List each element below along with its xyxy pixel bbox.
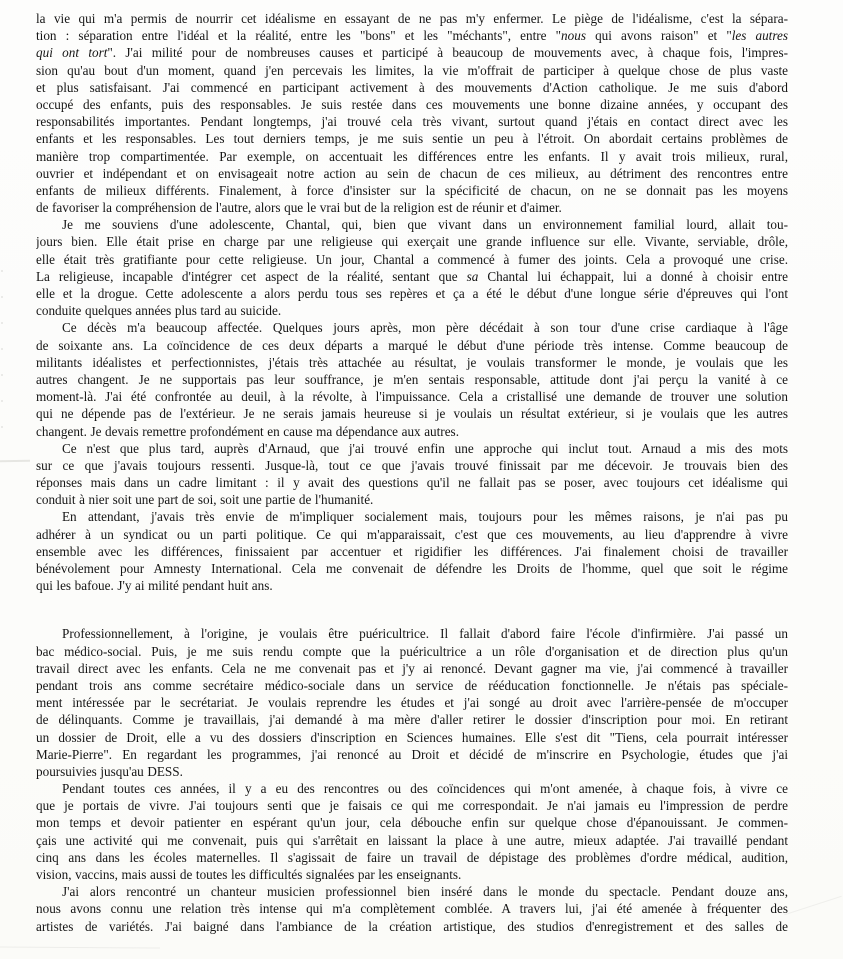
text-line: adhérer à un syndicat ou un parti politi… — [36, 526, 788, 543]
scan-crease-artifact — [0, 460, 30, 463]
scan-edge-speckle-artifact — [1, 270, 3, 440]
text-line: ensemble avec les différences, finissaie… — [36, 543, 788, 560]
text-run: moment-là. J'ai été confrontée au deuil,… — [36, 389, 788, 404]
text-run: qui ne dépende pas de l'extérieur. Je ne… — [36, 406, 788, 421]
italic-text-run: nous — [561, 28, 586, 43]
text-line: de favoriser la compréhension de l'autre… — [36, 199, 788, 216]
text-run: Marie-Pierre". En regardant les programm… — [36, 747, 788, 762]
text-line: occupé des enfants, puis des responsable… — [36, 96, 788, 113]
text-line: vision, vaccins, mais aussi de toutes le… — [36, 866, 788, 883]
text-line: qui ont tort". J'ai milité pour de nombr… — [36, 44, 788, 61]
text-line: bénévolement pour Amnesty International.… — [36, 560, 788, 577]
text-line: responsabilités importantes. Pendant lon… — [36, 113, 788, 130]
text-run: sion qu'au bout d'un moment, quand j'en … — [36, 63, 788, 78]
text-run: bac médico-social. Puis, je me suis rend… — [36, 644, 788, 659]
text-line: Ce n'est que plus tard, auprès d'Arnaud,… — [36, 440, 788, 457]
text-line: de délinquants. Comme je travaillais, j'… — [36, 711, 788, 728]
text-run: adhérer à un syndicat ou un parti politi… — [36, 527, 788, 542]
text-line: Professionnellement, à l'origine, je vou… — [36, 625, 788, 642]
text-run: vision, vaccins, mais aussi de toutes le… — [36, 867, 461, 882]
text-run: et plus satisfaisant. J'ai commencé en p… — [36, 80, 788, 95]
text-line: pendant trois ans comme secrétaire médic… — [36, 677, 788, 694]
text-run: militants idéalistes et perfectionnistes… — [36, 355, 788, 370]
text-run: de délinquants. Comme je travaillais, j'… — [36, 712, 788, 727]
text-line: un dossier de Droit, elle a vu des dossi… — [36, 729, 788, 746]
text-run: la vie qui m'a permis de nourrir cet idé… — [36, 11, 788, 26]
text-line: réponses mais dans un cadre limitant : i… — [36, 474, 788, 491]
text-run: Chantal lui échappait, lui a donné à cho… — [478, 269, 788, 284]
scan-crease-artifact — [0, 946, 160, 948]
text-line: sion qu'au bout d'un moment, quand j'en … — [36, 62, 788, 79]
text-line: jours bien. Elle était prise en charge p… — [36, 233, 788, 250]
text-line: changent. Je devais remettre profondémen… — [36, 423, 788, 440]
text-run: çais une activité qui me convenait, puis… — [36, 833, 788, 848]
text-line: ouvrier et indépendant et on envisageait… — [36, 165, 788, 182]
text-line: travail direct avec les enfants. Cela ne… — [36, 660, 788, 677]
text-run: de favoriser la compréhension de l'autre… — [36, 200, 562, 215]
italic-text-run: les autres — [732, 28, 788, 43]
text-line: qui ne dépende pas de l'extérieur. Je ne… — [36, 405, 788, 422]
text-line: mon temps et devoir patienter en espéran… — [36, 814, 788, 831]
text-line: et plus satisfaisant. J'ai commencé en p… — [36, 79, 788, 96]
text-run: manière trop compartimentée. Par exemple… — [36, 149, 788, 164]
text-line: conduit à nier soit une part de soi, soi… — [36, 491, 788, 508]
text-run: changent. Je devais remettre profondémen… — [36, 424, 459, 439]
text-run: ouvrier et indépendant et on envisageait… — [36, 166, 788, 181]
text-run: réponses mais dans un cadre limitant : i… — [36, 475, 788, 490]
text-run: cinq ans dans les écoles maternelles. Il… — [36, 850, 788, 865]
text-run: tion : séparation entre l'idéal et la ré… — [36, 28, 561, 43]
text-line: manière trop compartimentée. Par exemple… — [36, 148, 788, 165]
text-run: La religieuse, incapable d'intégrer cet … — [36, 269, 467, 284]
text-line: Marie-Pierre". En regardant les programm… — [36, 746, 788, 763]
text-run: Je me souviens d'une adolescente, Chanta… — [62, 217, 788, 232]
text-run: J'ai alors rencontré un chanteur musicie… — [62, 884, 788, 899]
text-line: Pendant toutes ces années, il y a eu des… — [36, 780, 788, 797]
text-run: jours bien. Elle était prise en charge p… — [36, 234, 788, 249]
text-line: la vie qui m'a permis de nourrir cet idé… — [36, 10, 788, 27]
italic-text-run: qui ont tort — [36, 45, 107, 60]
text-line: tion : séparation entre l'idéal et la ré… — [36, 27, 788, 44]
text-run: conduit à nier soit une part de soi, soi… — [36, 492, 373, 507]
text-line: Ce décès m'a beaucoup affectée. Quelques… — [36, 319, 788, 336]
text-line: militants idéalistes et perfectionnistes… — [36, 354, 788, 371]
text-line: En attendant, j'avais très envie de m'im… — [36, 508, 788, 525]
text-run: autres changent. Je ne supportais pas le… — [36, 372, 788, 387]
text-line: moment-là. J'ai été confrontée au deuil,… — [36, 388, 788, 405]
text-run: sur ce que j'avais toujours ressenti. Ju… — [36, 458, 788, 473]
text-run: Ce n'est que plus tard, auprès d'Arnaud,… — [62, 441, 788, 456]
scanned-document-page: la vie qui m'a permis de nourrir cet idé… — [0, 0, 843, 959]
text-run: enfants de milieux différents. Finalemen… — [36, 183, 788, 198]
text-run: responsabilités importantes. Pendant lon… — [36, 114, 788, 129]
text-line: sur ce que j'avais toujours ressenti. Ju… — [36, 457, 788, 474]
text-line: elle était très gratifiante pour cette r… — [36, 251, 788, 268]
text-line: que je portais de vivre. J'ai toujours s… — [36, 797, 788, 814]
text-line: qui les bafoue. J'y ai milité pendant hu… — [36, 577, 788, 594]
text-run: elle était très gratifiante pour cette r… — [36, 252, 788, 267]
text-run: qui les bafoue. J'y ai milité pendant hu… — [36, 578, 273, 593]
text-run: de soixante ans. La coïncidence de ces d… — [36, 338, 788, 353]
text-run: conduite quelques années plus tard au su… — [36, 303, 281, 318]
text-run: ". J'ai milité pour de nombreuses causes… — [107, 45, 788, 60]
page-text: la vie qui m'a permis de nourrir cet idé… — [36, 10, 788, 935]
text-run: Pendant toutes ces années, il y a eu des… — [62, 781, 788, 796]
text-line: Je me souviens d'une adolescente, Chanta… — [36, 216, 788, 233]
text-run: occupé des enfants, puis des responsable… — [36, 97, 788, 112]
text-run: travail direct avec les enfants. Cela ne… — [36, 661, 788, 676]
text-run: ment intéressée par le secrétariat. Je v… — [36, 695, 788, 710]
text-run: bénévolement pour Amnesty International.… — [36, 561, 788, 576]
text-line: J'ai alors rencontré un chanteur musicie… — [36, 883, 788, 900]
text-run: Ce décès m'a beaucoup affectée. Quelques… — [62, 320, 788, 335]
text-run: un dossier de Droit, elle a vu des dossi… — [36, 730, 788, 745]
text-run: Professionnellement, à l'origine, je vou… — [62, 626, 788, 641]
text-line: enfants et les responsables. Les tout de… — [36, 130, 788, 147]
text-run: qui avons raison" et " — [586, 28, 732, 43]
text-line: de soixante ans. La coïncidence de ces d… — [36, 337, 788, 354]
text-line: conduite quelques années plus tard au su… — [36, 302, 788, 319]
text-run: pendant trois ans comme secrétaire médic… — [36, 678, 788, 693]
text-run: nous avons connu une relation très inten… — [36, 901, 788, 916]
italic-text-run: sa — [467, 269, 479, 284]
text-run: artistes de variétés. J'ai baigné dans l… — [36, 919, 788, 934]
text-line: cinq ans dans les écoles maternelles. Il… — [36, 849, 788, 866]
text-line: enfants de milieux différents. Finalemen… — [36, 182, 788, 199]
text-line: elle et la drogue. Cette adolescente a a… — [36, 285, 788, 302]
text-run: elle et la drogue. Cette adolescente a a… — [36, 286, 788, 301]
text-run: enfants et les responsables. Les tout de… — [36, 131, 788, 146]
text-line: ment intéressée par le secrétariat. Je v… — [36, 694, 788, 711]
text-line: autres changent. Je ne supportais pas le… — [36, 371, 788, 388]
text-run: En attendant, j'avais très envie de m'im… — [62, 509, 788, 524]
text-line: çais une activité qui me convenait, puis… — [36, 832, 788, 849]
text-run: poursuivies jusqu'au DESS. — [36, 764, 183, 779]
text-run: mon temps et devoir patienter en espéran… — [36, 815, 788, 830]
text-line: nous avons connu une relation très inten… — [36, 900, 788, 917]
text-line: La religieuse, incapable d'intégrer cet … — [36, 268, 788, 285]
scan-crease-artifact — [784, 896, 841, 915]
text-line: artistes de variétés. J'ai baigné dans l… — [36, 918, 788, 935]
text-line: bac médico-social. Puis, je me suis rend… — [36, 643, 788, 660]
text-run: ensemble avec les différences, finissaie… — [36, 544, 788, 559]
text-line: poursuivies jusqu'au DESS. — [36, 763, 788, 780]
text-run: que je portais de vivre. J'ai toujours s… — [36, 798, 788, 813]
